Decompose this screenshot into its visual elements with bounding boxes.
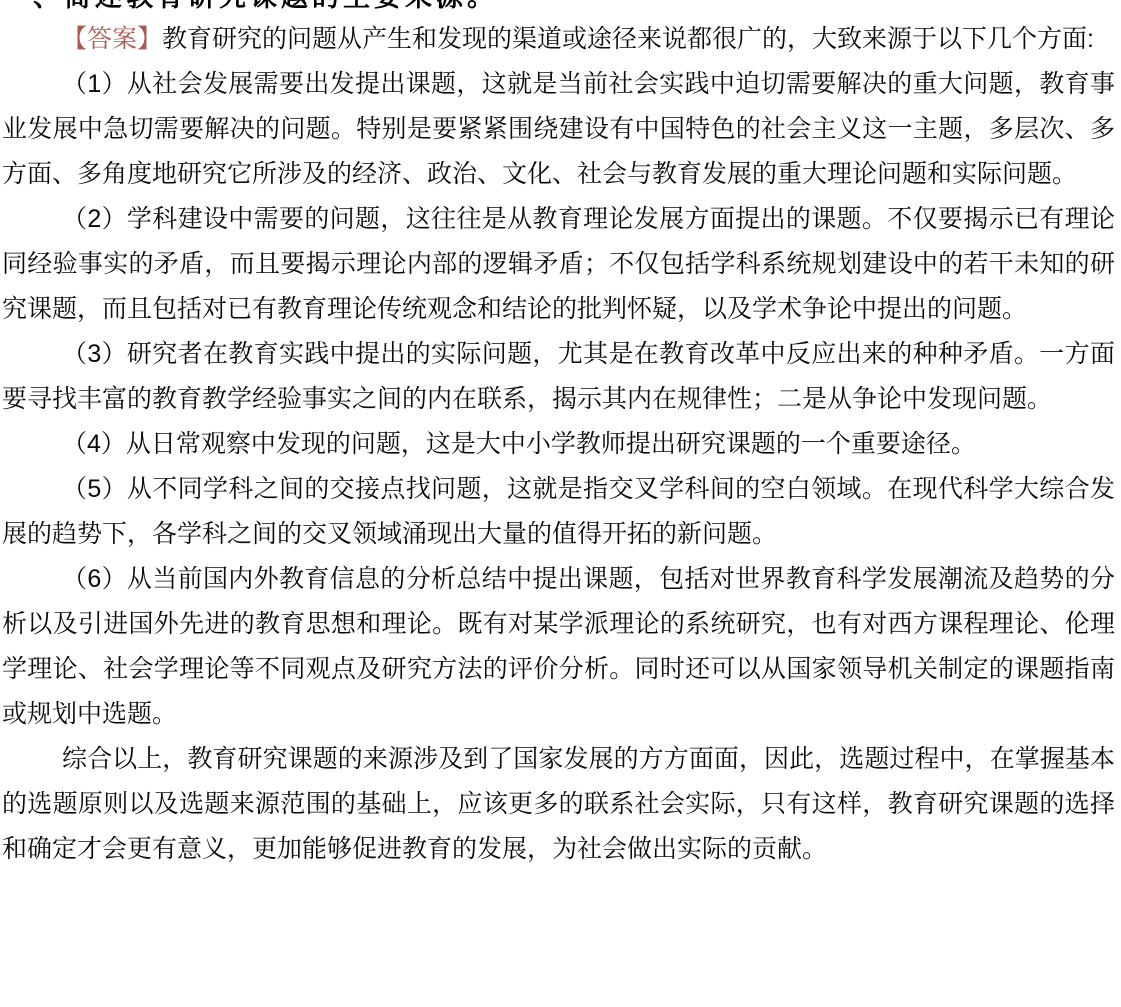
body-paragraph-7: 综合以上，教育研究课题的来源涉及到了国家发展的方方面面，因此，选题过程中，在掌握… xyxy=(2,737,1115,872)
document-page: 一、简述教育研究课题的主要来源。 【答案】教育研究的问题从产生和发现的渠道或途径… xyxy=(0,0,1121,872)
answer-label: 【答案】 xyxy=(62,25,162,53)
body-paragraph-1: （1）从社会发展需要出发提出课题，这就是当前社会实践中迫切需要解决的重大问题，教… xyxy=(2,62,1115,197)
answer-paragraph: 【答案】教育研究的问题从产生和发现的渠道或途径来说都很广的，大致来源于以下几个方… xyxy=(2,17,1115,62)
answer-intro-text: 教育研究的问题从产生和发现的渠道或途径来说都很广的，大致来源于以下几个方面: xyxy=(162,25,1094,53)
body-paragraph-6: （6）从当前国内外教育信息的分析总结中提出课题，包括对世界教育科学发展潮流及趋势… xyxy=(2,557,1115,737)
body-paragraph-5: （5）从不同学科之间的交接点找问题，这就是指交叉学科间的空白领域。在现代科学大综… xyxy=(2,467,1115,557)
body-paragraph-2: （2）学科建设中需要的问题，这往往是从教育理论发展方面提出的课题。不仅要揭示已有… xyxy=(2,197,1115,332)
body-paragraph-3: （3）研究者在教育实践中提出的实际问题，尤其是在教育改革中反应出来的种种矛盾。一… xyxy=(2,332,1115,422)
question-heading-text: 一、简述教育研究课题的主要来源。 xyxy=(2,0,498,15)
question-heading-clipped: 一、简述教育研究课题的主要来源。 xyxy=(2,0,1115,17)
body-paragraph-4: （4）从日常观察中发现的问题，这是大中小学教师提出研究课题的一个重要途径。 xyxy=(2,422,1115,467)
